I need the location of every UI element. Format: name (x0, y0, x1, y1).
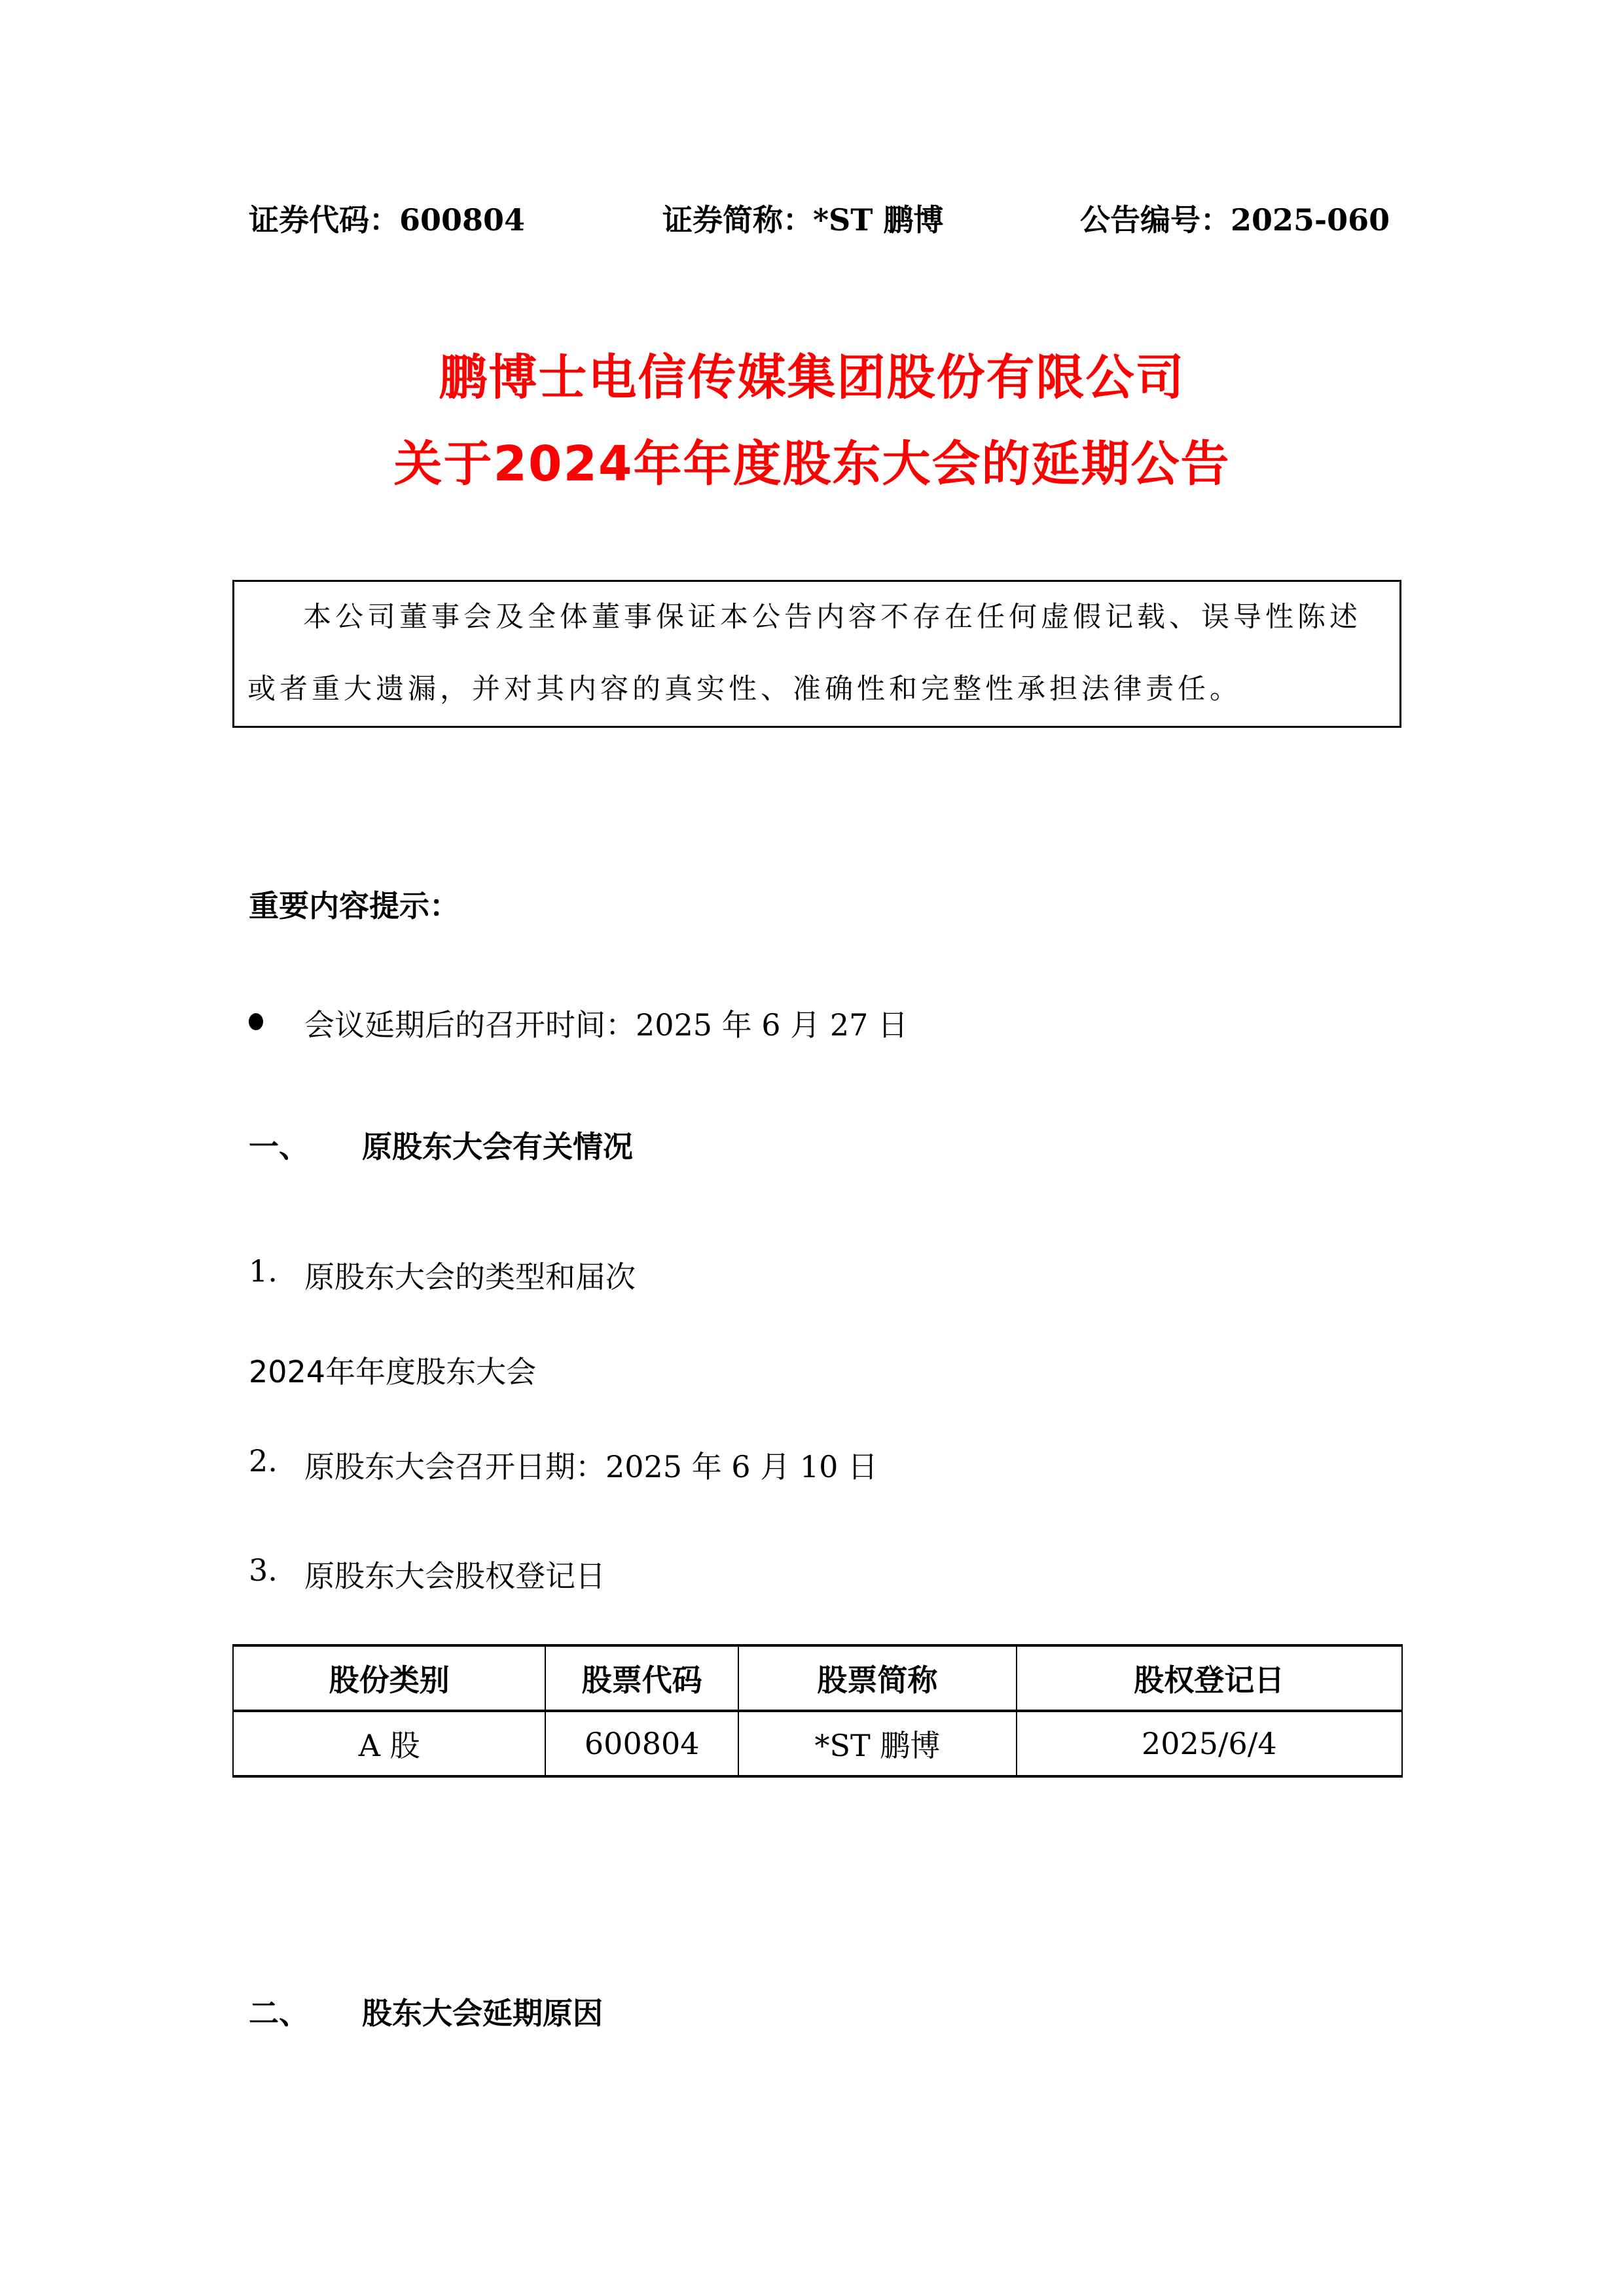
bullet-icon (249, 1013, 263, 1030)
cell-record-date: 2025/6/4 (1017, 1711, 1402, 1776)
announcement-title: 关于2024年年度股东大会的延期公告 (0, 425, 1624, 495)
column-header-stock-name: 股票简称 (738, 1645, 1016, 1711)
disclaimer-line-2: 或者重大遗漏，并对其内容的真实性、准确性和完整性承担法律责任。 (247, 667, 1242, 707)
item-1-text: 原股东大会的类型和届次 (304, 1253, 636, 1297)
item-3-number: 3. (249, 1552, 278, 1588)
document-header: 证券代码：600804 证券简称：*ST 鹏博 公告编号：2025-060 (249, 196, 1388, 242)
column-header-record-date: 股权登记日 (1017, 1645, 1402, 1711)
highlights-heading: 重要内容提示： (249, 882, 460, 925)
item-3-text: 原股东大会股权登记日 (304, 1552, 605, 1596)
disclaimer-box: 本公司董事会及全体董事保证本公告内容不存在任何虚假记载、误导性陈述 或者重大遗漏… (232, 580, 1401, 728)
registration-table: 股份类别 股票代码 股票简称 股权登记日 A 股 600804 *ST 鹏博 2… (232, 1644, 1403, 1778)
cell-share-class: A 股 (233, 1711, 545, 1776)
item-2-text: 原股东大会召开日期：2025 年 6 月 10 日 (304, 1443, 878, 1486)
disclaimer-line-1: 本公司董事会及全体董事保证本公告内容不存在任何虚假记载、误导性陈述 (303, 595, 1362, 635)
item-1-number: 1. (249, 1253, 278, 1289)
item-2-number: 2. (249, 1443, 278, 1479)
cell-stock-code: 600804 (545, 1711, 738, 1776)
section-1-title: 原股东大会有关情况 (362, 1123, 633, 1166)
column-header-stock-code: 股票代码 (545, 1645, 738, 1711)
meeting-type-value: 2024年年度股东大会 (249, 1348, 536, 1391)
section-1-number: 一、 (249, 1123, 309, 1166)
stock-code: 证券代码：600804 (249, 196, 525, 240)
company-title: 鹏博士电信传媒集团股份有限公司 (0, 339, 1624, 408)
table-row: A 股 600804 *ST 鹏博 2025/6/4 (233, 1711, 1402, 1776)
announcement-number: 公告编号：2025-060 (1080, 196, 1390, 240)
postponed-meeting-time: 会议延期后的召开时间：2025 年 6 月 27 日 (304, 1001, 908, 1045)
section-2-title: 股东大会延期原因 (362, 1990, 603, 2033)
cell-stock-name: *ST 鹏博 (738, 1711, 1016, 1776)
section-2-number: 二、 (249, 1990, 309, 2033)
column-header-share-class: 股份类别 (233, 1645, 545, 1711)
stock-short-name: 证券简称：*ST 鹏博 (662, 196, 944, 240)
table-header-row: 股份类别 股票代码 股票简称 股权登记日 (233, 1645, 1402, 1711)
